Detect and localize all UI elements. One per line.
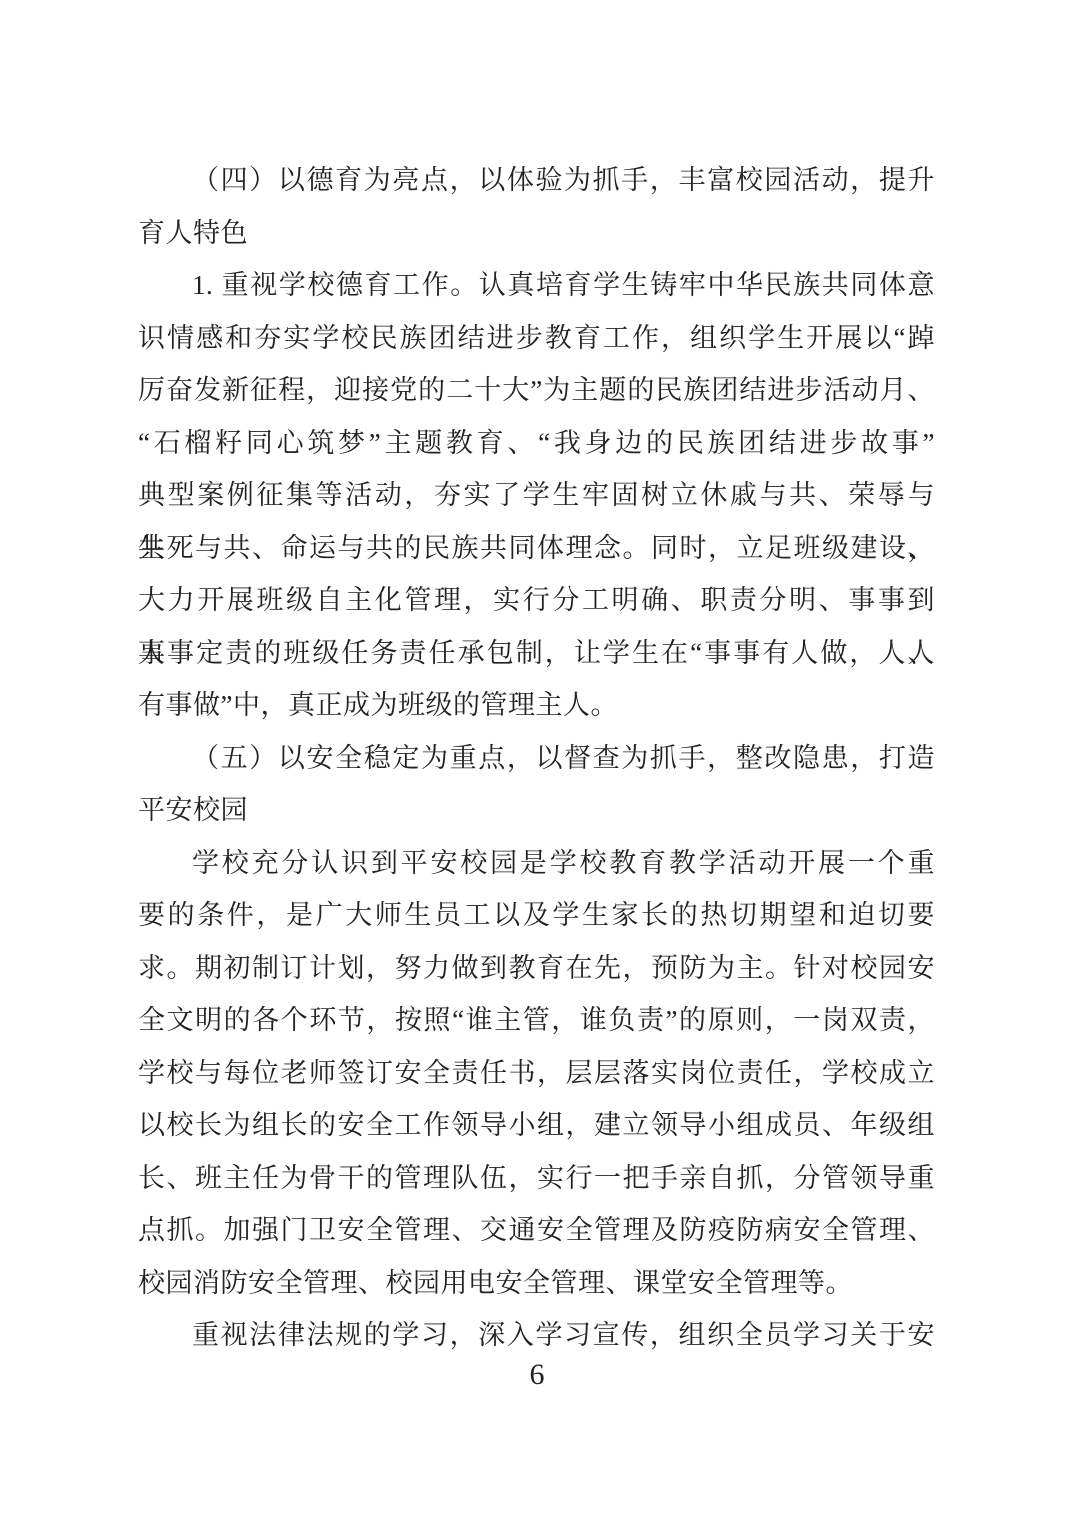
body-line: 学校充分认识到平安校园是学校教育教学活动开展一个重 [138, 837, 935, 890]
body-line: 长、班主任为骨干的管理队伍，实行一把手亲自抓，分管领导重 [138, 1152, 935, 1205]
document-text-block: （四）以德育为亮点，以体验为抓手，丰富校园活动，提升 育人特色 1. 重视学校德… [138, 154, 935, 1362]
body-line: 求。期初制订计划，努力做到教育在先，预防为主。针对校园安 [138, 942, 935, 995]
body-line: 典型案例征集等活动，夯实了学生牢固树立休戚与共、荣辱与共、 [138, 469, 935, 522]
section-heading-line: （五）以安全稳定为重点，以督查为抓手，整改隐患，打造 [138, 732, 935, 785]
document-page: （四）以德育为亮点，以体验为抓手，丰富校园活动，提升 育人特色 1. 重视学校德… [0, 0, 1074, 1520]
body-line: “石榴籽同心筑梦”主题教育、“我身边的民族团结进步故事” [138, 417, 935, 470]
page-number: 6 [0, 1358, 1074, 1392]
body-line: 要的条件，是广大师生员工以及学生家长的热切期望和迫切要 [138, 889, 935, 942]
body-line: 学校与每位老师签订安全责任书，层层落实岗位责任，学校成立 [138, 1047, 935, 1100]
body-line: 1. 重视学校德育工作。认真培育学生铸牢中华民族共同体意 [138, 259, 935, 312]
body-line: 全文明的各个环节，按照“谁主管，谁负责”的原则，一岗双责， [138, 994, 935, 1047]
body-line: 识情感和夯实学校民族团结进步教育工作，组织学生开展以“踔 [138, 312, 935, 365]
body-line: 有事做”中，真正成为班级的管理主人。 [138, 679, 935, 732]
body-line: 厉奋发新征程，迎接党的二十大”为主题的民族团结进步活动月、 [138, 364, 935, 417]
section-heading-line: （四）以德育为亮点，以体验为抓手，丰富校园活动，提升 [138, 154, 935, 207]
body-line: 重视法律法规的学习，深入学习宣传，组织全员学习关于安 [138, 1309, 935, 1362]
body-line: 生死与共、命运与共的民族共同体理念。同时，立足班级建设， [138, 522, 935, 575]
body-line: 点抓。加强门卫安全管理、交通安全管理及防疫防病安全管理、 [138, 1204, 935, 1257]
body-line: 大力开展班级自主化管理，实行分工明确、职责分明、事事到人、 [138, 574, 935, 627]
section-heading-line: 育人特色 [138, 207, 935, 260]
body-line: 事事定责的班级任务责任承包制，让学生在“事事有人做，人人 [138, 627, 935, 680]
body-line: 以校长为组长的安全工作领导小组，建立领导小组成员、年级组 [138, 1099, 935, 1152]
section-heading-line: 平安校园 [138, 784, 935, 837]
body-line: 校园消防安全管理、校园用电安全管理、课堂安全管理等。 [138, 1257, 935, 1310]
